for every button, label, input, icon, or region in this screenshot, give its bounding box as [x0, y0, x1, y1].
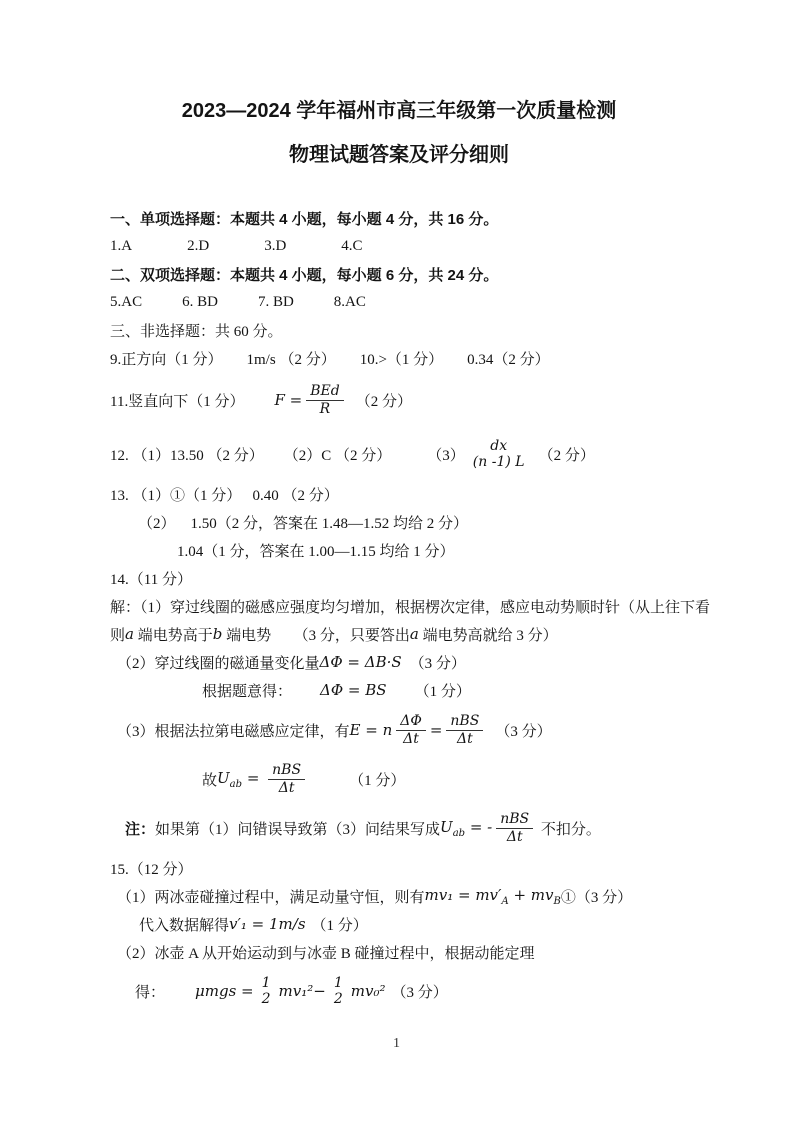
q15-half2-num: 1	[330, 975, 347, 991]
section1-answers: 1.A 2.D 3.D 4.C	[110, 232, 688, 260]
q12-part2: （2）C （2 分）	[284, 444, 392, 465]
q14-line2-var-a: a	[125, 625, 134, 643]
section2-answers: 5.AC 6. BD 7. BD 8.AC	[110, 288, 688, 316]
q14-line2-t1: 则	[110, 624, 125, 645]
q15-part2-line: （2）冰壶 A 从开始运动到与冰壶 B 碰撞过程中，根据动能定理	[110, 938, 688, 966]
q15-part1-subB: B	[553, 896, 560, 907]
answer-item-6: 6. BD	[182, 294, 218, 311]
question-9-answers: 9.正方向（1 分） 1m/s （2 分） 10.>（1 分） 0.34（2 分…	[110, 344, 688, 372]
q11-text: 11.竖直向下（1 分）	[110, 390, 244, 411]
q14-line3-formula: ΔΦ = ΔB·S	[320, 653, 402, 671]
q12-part3-score: （2 分）	[539, 444, 595, 465]
q14-line6-score: （1 分）	[349, 769, 405, 790]
q15-half-fraction2: 1 2	[330, 975, 347, 1007]
answer-item-3: 3.D	[264, 238, 286, 255]
q15-part2-operator: −	[313, 982, 326, 1000]
q12-fraction-denominator: (n -1) L	[469, 454, 529, 470]
q14-line2-var-b: b	[213, 625, 223, 643]
q14-line3-score: （3 分）	[410, 652, 466, 673]
q15-part2-term1: mv₁²	[279, 982, 314, 1000]
section1-heading-text: 一、单项选择题：本题共 4 小题，每小题 4 分，共 16 分。	[110, 208, 498, 229]
q15-part1-subA: A	[501, 896, 508, 907]
question-13-line1: 13. （1）①（1 分） 0.40 （2 分）	[110, 480, 688, 508]
q15-part1-text: （1）两冰壶碰撞过程中，满足动量守恒，则有	[117, 886, 425, 907]
q15-part1-tail: ①（3 分）	[561, 886, 632, 907]
question-11-answer: 11.竖直向下（1 分） F = BEd R （2 分）	[110, 372, 688, 428]
q14-solution-line1: 解：（1）穿过线圈的磁感应强度均匀增加，根据楞次定律，感应电动势顺时针（从上往下…	[110, 592, 688, 620]
question-12-answers: 12. （1）13.50 （2 分） （2）C （2 分） （3） dx (n …	[110, 428, 688, 480]
q15-part2-formula-line: 得： μmgs = 1 2 mv₁² − 1 2 mv₀² （3 分）	[110, 966, 688, 1016]
q13-line2-text: （2） 1.50（2 分，答案在 1.48—1.52 均给 2 分）	[138, 512, 468, 533]
q14-note-tail: 不扣分。	[537, 818, 601, 839]
q13-line1-text: 13. （1）①（1 分） 0.40 （2 分）	[110, 484, 339, 505]
page-number: 1	[0, 1036, 793, 1052]
question-13-line2: （2） 1.50（2 分，答案在 1.48—1.52 均给 2 分）	[110, 508, 688, 536]
q14-line3-text: （2）穿过线圈的磁通量变化量	[117, 652, 320, 673]
q14-line4-score: （1 分）	[415, 680, 471, 701]
q11-fraction-denominator: R	[316, 401, 335, 417]
q15-half-fraction1: 1 2	[258, 975, 275, 1007]
q12-fraction-numerator: dx	[486, 438, 511, 454]
q14-line6-label: 故	[202, 769, 217, 790]
q9-answer-speed: 1m/s （2 分）	[247, 348, 336, 369]
q15-heading-text: 15.（12 分）	[110, 858, 193, 879]
q9-answer-direction: 9.正方向（1 分）	[110, 348, 223, 369]
q12-part3-label: （3）	[427, 444, 465, 465]
question-13-line3: 1.04（1 分，答案在 1.00—1.15 均给 1 分）	[110, 536, 688, 564]
q14-note-symbol: Uab = -	[440, 818, 492, 839]
section2-heading-text: 二、双项选择题：本题共 4 小题，每小题 6 分，共 24 分。	[110, 264, 498, 285]
q14-line5-equals: =	[430, 721, 443, 739]
q15-part1-formula: mv₁ = mv′A + mvB	[425, 886, 561, 907]
q15-part1-result-formula: v′₁ = 1m/s	[229, 915, 306, 933]
q14-line6-subscript: ab	[230, 779, 242, 790]
q15-part2-lhs: μmgs =	[195, 982, 254, 1000]
q15-half2-den: 2	[330, 991, 347, 1007]
section2-heading: 二、双项选择题：本题共 4 小题，每小题 6 分，共 24 分。	[110, 260, 688, 288]
question-15-heading: 15.（12 分）	[110, 854, 688, 882]
q10-answer-value: 0.34（2 分）	[467, 348, 550, 369]
q14-note-text: 如果第（1）问错误导致第（3）问结果写成	[155, 818, 440, 839]
answer-item-4: 4.C	[341, 238, 362, 255]
q14-line6-symbol: Uab =	[217, 769, 264, 790]
q14-note-label: 注：	[125, 818, 155, 839]
q10-answer-compare: 10.>（1 分）	[360, 348, 443, 369]
q14-solution-line5: （3）根据法拉第电磁感应定律，有 E = n ΔΦ Δt = nBS Δt （3…	[110, 704, 688, 756]
q14-solution-line3: （2）穿过线圈的磁通量变化量 ΔΦ = ΔB·S （3 分）	[110, 648, 688, 676]
q12-fraction: dx (n -1) L	[469, 438, 529, 470]
q15-half1-den: 2	[258, 991, 275, 1007]
q14-note-frac-den: Δt	[503, 829, 527, 845]
q14-line5-fraction2: nBS Δt	[446, 713, 483, 746]
q14-note: 注： 如果第（1）问错误导致第（3）问结果写成 Uab = - nBS Δt 不…	[110, 802, 688, 854]
q14-solution-line6: 故 Uab = nBS Δt （1 分）	[110, 756, 688, 802]
q14-line2-var-a2: a	[410, 625, 419, 643]
q14-line4-formula: ΔΦ = BS	[320, 681, 387, 699]
q14-solution-line4: 根据题意得： ΔΦ = BS （1 分）	[110, 676, 688, 704]
document-title-line1: 2023—2024 学年福州市高三年级第一次质量检测	[110, 96, 688, 126]
q11-fraction: BEd R	[306, 383, 343, 416]
q14-line4-label: 根据题意得：	[202, 680, 292, 701]
q15-part1-result-score: （1 分）	[312, 914, 368, 935]
q14-line5-fraction1: ΔΦ Δt	[396, 713, 426, 746]
document-page: 2023—2024 学年福州市高三年级第一次质量检测 物理试题答案及评分细则 一…	[0, 0, 793, 1122]
q15-part2-term2: mv₀²	[351, 982, 386, 1000]
q14-line2-t4: 端电势高就给 3 分）	[419, 624, 558, 645]
section3-heading: 三、非选择题：共 60 分。	[110, 316, 688, 344]
q11-fraction-numerator: BEd	[306, 383, 343, 400]
q14-line6-fraction: nBS Δt	[268, 762, 305, 795]
q14-solution-line2: 则 a 端电势高于 b 端电势 （3 分，只要答出 a 端电势高就给 3 分）	[110, 620, 688, 648]
q12-part1: 12. （1）13.50 （2 分）	[110, 444, 264, 465]
q14-line2-t2: 端电势高于	[134, 624, 213, 645]
q14-line5-text: （3）根据法拉第电磁感应定律，有	[117, 720, 350, 741]
q14-line5-score: （3 分）	[495, 720, 551, 741]
q14-note-subscript: ab	[453, 828, 465, 839]
document-title-line2: 物理试题答案及评分细则	[110, 140, 688, 170]
q15-half1-num: 1	[258, 975, 275, 991]
q14-heading-text: 14.（11 分）	[110, 568, 192, 589]
q14-note-fraction: nBS Δt	[496, 811, 533, 844]
q14-line5-frac2-num: nBS	[446, 713, 483, 730]
answer-item-7: 7. BD	[258, 294, 294, 311]
q14-line5-frac1-den: Δt	[399, 731, 423, 747]
answer-item-5: 5.AC	[110, 294, 142, 311]
question-14-heading: 14.（11 分）	[110, 564, 688, 592]
q15-part1-line: （1）两冰壶碰撞过程中，满足动量守恒，则有 mv₁ = mv′A + mvB ①…	[110, 882, 688, 910]
q14-line5-frac2-den: Δt	[453, 731, 477, 747]
q14-line6-frac-num: nBS	[268, 762, 305, 779]
q14-solution-line1-text: 解：（1）穿过线圈的磁感应强度均匀增加，根据楞次定律，感应电动势顺时针（从上往下…	[110, 596, 710, 617]
section1-heading: 一、单项选择题：本题共 4 小题，每小题 4 分，共 16 分。	[110, 204, 688, 232]
answer-item-1: 1.A	[110, 238, 132, 255]
q13-line3-text: 1.04（1 分，答案在 1.00—1.15 均给 1 分）	[177, 540, 455, 561]
q14-line5-frac1-num: ΔΦ	[396, 713, 426, 730]
q14-line5-lhs: E = n	[350, 721, 393, 739]
q11-score: （2 分）	[356, 390, 412, 411]
q15-part1-result-text: 代入数据解得	[139, 914, 229, 935]
q14-line2-t3: 端电势 （3 分，只要答出	[222, 624, 410, 645]
document-content: 2023—2024 学年福州市高三年级第一次质量检测 物理试题答案及评分细则 一…	[110, 96, 688, 1016]
q14-note-frac-num: nBS	[496, 811, 533, 828]
q15-part2-text: （2）冰壶 A 从开始运动到与冰壶 B 碰撞过程中，根据动能定理	[117, 942, 535, 963]
q15-part1-result-line: 代入数据解得 v′₁ = 1m/s （1 分）	[110, 910, 688, 938]
q15-part2-score: （3 分）	[392, 981, 448, 1002]
section3-heading-text: 三、非选择题：共 60 分。	[110, 320, 283, 341]
answer-item-2: 2.D	[187, 238, 209, 255]
answer-item-8: 8.AC	[334, 294, 366, 311]
q11-formula-lhs: F =	[274, 391, 302, 409]
q15-part2-label: 得：	[135, 981, 165, 1002]
q14-line6-frac-den: Δt	[275, 780, 299, 796]
